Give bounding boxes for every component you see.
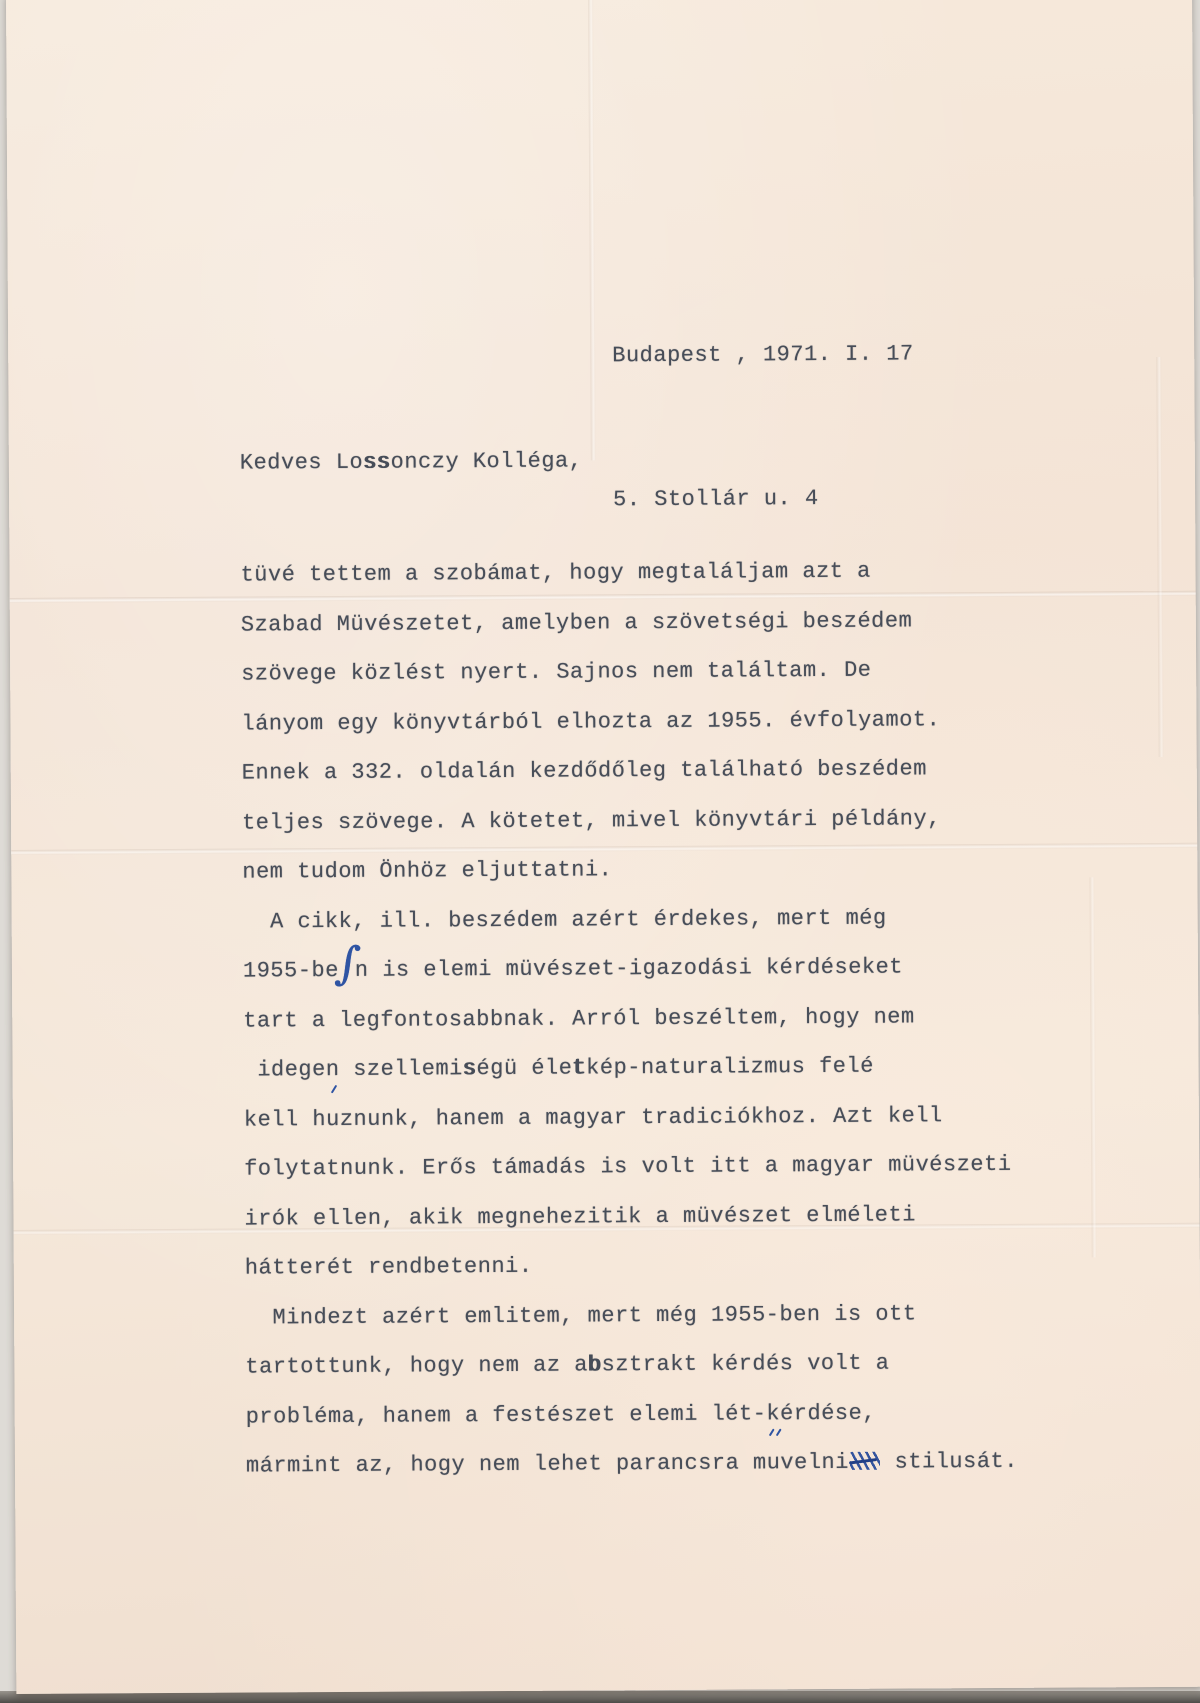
typed-text: kell h [244,1107,326,1133]
handwritten-accent: u [767,1438,781,1488]
typed-text: lányom egy könyvtárból elhozta az 1955. … [241,707,940,736]
typed-text: Szabad Müvészetet, amelyben a szövetségi… [241,608,913,637]
paragraph: tüvé tettem a szobámat, hogy megtaláljam… [240,546,1014,897]
overstruck-text: t [572,1055,586,1080]
typed-text: onczy Kolléga, [391,448,583,474]
overstruck-text: s [463,1056,477,1081]
letter-line: teljes szövege. A kötetet, mivel könyvtá… [242,793,1014,847]
typed-text: nem tudom Önhöz eljuttatni. [242,857,612,884]
letter-line: folytatnunk. Erős támadás is volt itt a … [244,1140,1016,1194]
salutation: Kedves Lossonczy Kolléga, [240,448,583,475]
overstruck-text: b [588,1352,602,1377]
typed-text: A cikk, ill. beszédem azért érdekes, mer… [243,905,887,934]
typed-text: hátterét rendbetenni. [245,1254,533,1281]
letter-line: hátterét rendbetenni. [245,1239,1017,1293]
fold-crease-vertical [588,0,596,460]
typed-text: Kedves Lo [240,450,363,476]
typed-text: idegen szellemi [244,1056,463,1082]
typed-text: irók ellen, akik megnehezitik a müvészet… [244,1202,916,1231]
typed-text: tart a legfontosabbnak. Arról beszéltem,… [243,1004,915,1033]
scan-background: Budapest , 1971. I. 17 5. Stollár u. 4 K… [0,0,1200,1703]
letter-body: tüvé tettem a szobámat, hogy megtaláljam… [240,546,1018,1491]
typed-text: velni [780,1450,849,1475]
address-line: 5. Stollár u. 4 [613,474,915,524]
letter-line: nem tudom Önhöz eljuttatni. [242,843,1014,897]
typed-text: sztrakt kérdés volt a [602,1351,890,1378]
typed-text: kép-naturalizmus felé [586,1054,874,1081]
typed-text: 1955-be [243,958,339,984]
paragraph: A cikk, ill. beszédem azért érdekes, mer… [243,892,1017,1293]
letter-line: lányom egy könyvtárból elhozta az 1955. … [241,694,1013,748]
letter-line: mármint az, hogy nem lehet parancsra muv… [246,1437,1018,1491]
typed-text: stilusát. [881,1449,1018,1475]
typed-text: Mindezt azért emlitem, mert még 1955-ben… [245,1301,917,1330]
typed-text: teljes szövege. A kötetet, mivel könyvtá… [242,806,941,835]
letter-line: tüvé tettem a szobámat, hogy megtaláljam… [240,546,1012,600]
letter-line: probléma, hanem a festészet elemi lét-ké… [246,1387,1018,1441]
letter-line: Mindezt azért emlitem, mert még 1955-ben… [245,1288,1017,1342]
typed-text: tüvé tettem a szobámat, hogy megtaláljam… [240,559,870,588]
typed-text: szövege közlést nyert. Sajnos nem talált… [241,658,871,687]
typed-text: probléma, hanem a festészet elemi lét-ké… [246,1400,876,1429]
typed-text: n is elemi müvészet-igazodási kérdéseket [355,955,903,983]
letter-line: tart a legfontosabbnak. Arról beszéltem,… [243,991,1015,1045]
overstruck-text: ss [363,450,391,475]
letter-line: idegen szellemiségü életkép-naturalizmus… [243,1041,1015,1095]
letter-line: kell huznunk, hanem a magyar tradiciókho… [244,1090,1016,1144]
letter-line: irók ellen, akik megnehezitik a müvészet… [244,1189,1016,1243]
fold-crease-vertical [1089,877,1096,1257]
handwritten-accent: u [326,1094,340,1144]
typed-text: mármint az, hogy nem lehet parancsra m [246,1450,767,1478]
letter-paper: Budapest , 1971. I. 17 5. Stollár u. 4 K… [6,0,1200,1694]
typed-text: égü éle [476,1056,572,1082]
letter-line: Szabad Müvészetet, amelyben a szövetségi… [241,595,1013,649]
letter-line: szövege közlést nyert. Sajnos nem talált… [241,645,1013,699]
typed-text: tartottunk, hogy nem az a [245,1352,588,1379]
date-line: Budapest , 1971. I. 17 [612,330,914,380]
letter-line: Ennek a 332. oldalán kezdődőleg találhat… [242,744,1014,798]
typed-text: Ennek a 332. oldalán kezdődőleg találhat… [242,756,927,785]
typed-text: folytatnunk. Erős támadás is volt itt a … [244,1152,1011,1182]
letter-line: tartottunk, hogy nem az absztrakt kérdés… [245,1338,1017,1392]
typed-text: znunk, hanem a magyar tradiciókhoz. Azt … [340,1103,943,1132]
letter-line: 1955-ben is elemi müvészet-igazodási kér… [243,942,1015,996]
paragraph: Mindezt azért emlitem, mert még 1955-ben… [245,1288,1018,1491]
fold-crease-vertical [1156,357,1163,757]
handwritten-scribble [850,1452,880,1470]
